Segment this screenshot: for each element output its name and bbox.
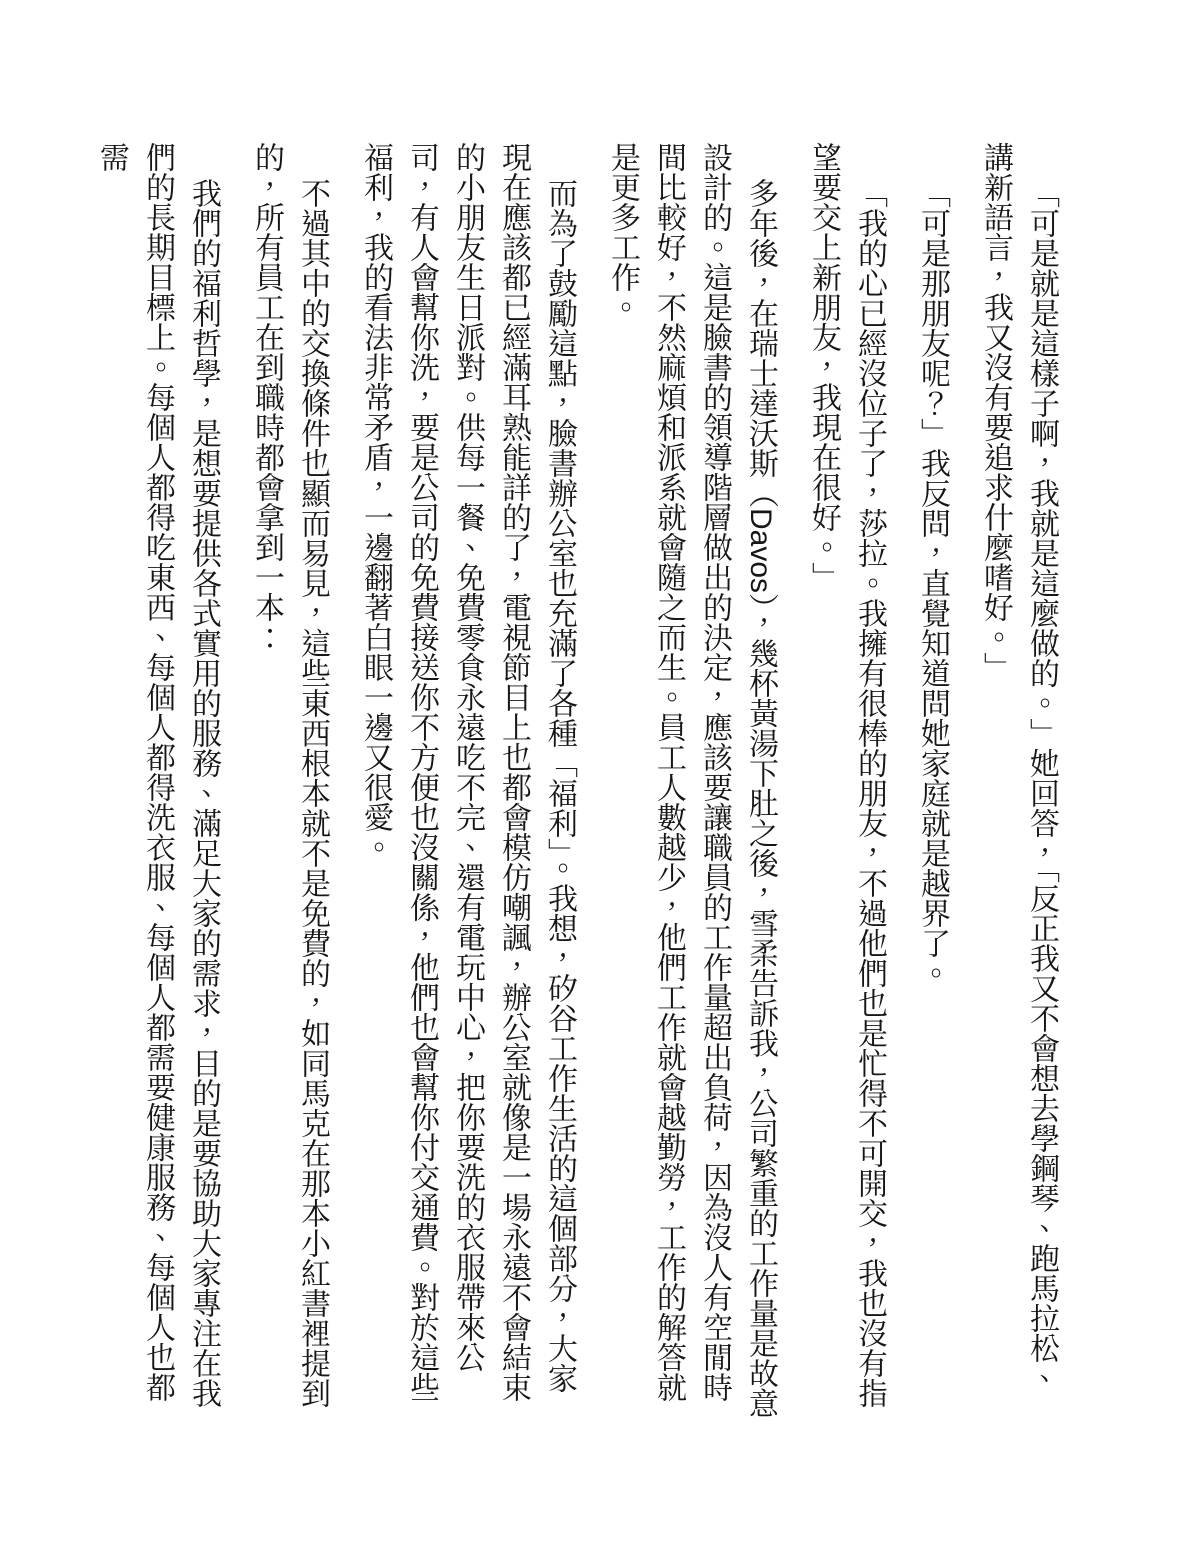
paragraph-davos: 多年後，在瑞士達沃斯（Davos），幾杯黃湯下肚之後，雪柔告訴我，公司繁重的工作… — [599, 142, 783, 1422]
paragraph-perks: 而為了鼓勵這點，臉書辦公室也充滿了各種「福利」。我想，矽谷工作生活的這個部分，大… — [352, 142, 582, 1422]
paragraph-dialogue-1: 「可是就是這樣子啊，我就是這麼做的。」她回答，「反正我又不會想去學鋼琴、跑馬拉松… — [972, 142, 1064, 1422]
paragraph-dialogue-2: 「可是那朋友呢？」我反問，直覺知道問她家庭就是越界了。 — [909, 142, 955, 1422]
paragraph-dialogue-3: 「我的心已經沒位子了，莎拉。我擁有很棒的朋友，不過他們也是忙得不可開交，我也沒有… — [800, 142, 892, 1422]
vertical-text-block: 「可是就是這樣子啊，我就是這麼做的。」她回答，「反正我又不會想去學鋼琴、跑馬拉松… — [88, 142, 1064, 1422]
book-page: 「可是就是這樣子啊，我就是這麼做的。」她回答，「反正我又不會想去學鋼琴、跑馬拉松… — [0, 0, 1200, 1552]
paragraph-handbook-quote: 我們的福利哲學，是想要提供各式實用的服務、滿足大家的需求，目的是要協助大家專注在… — [88, 142, 226, 1422]
paragraph-tradeoff: 不過其中的交換條件也顯而易見，這些東西根本就不是免費的，如同馬克在那本小紅書裡提… — [243, 142, 335, 1422]
